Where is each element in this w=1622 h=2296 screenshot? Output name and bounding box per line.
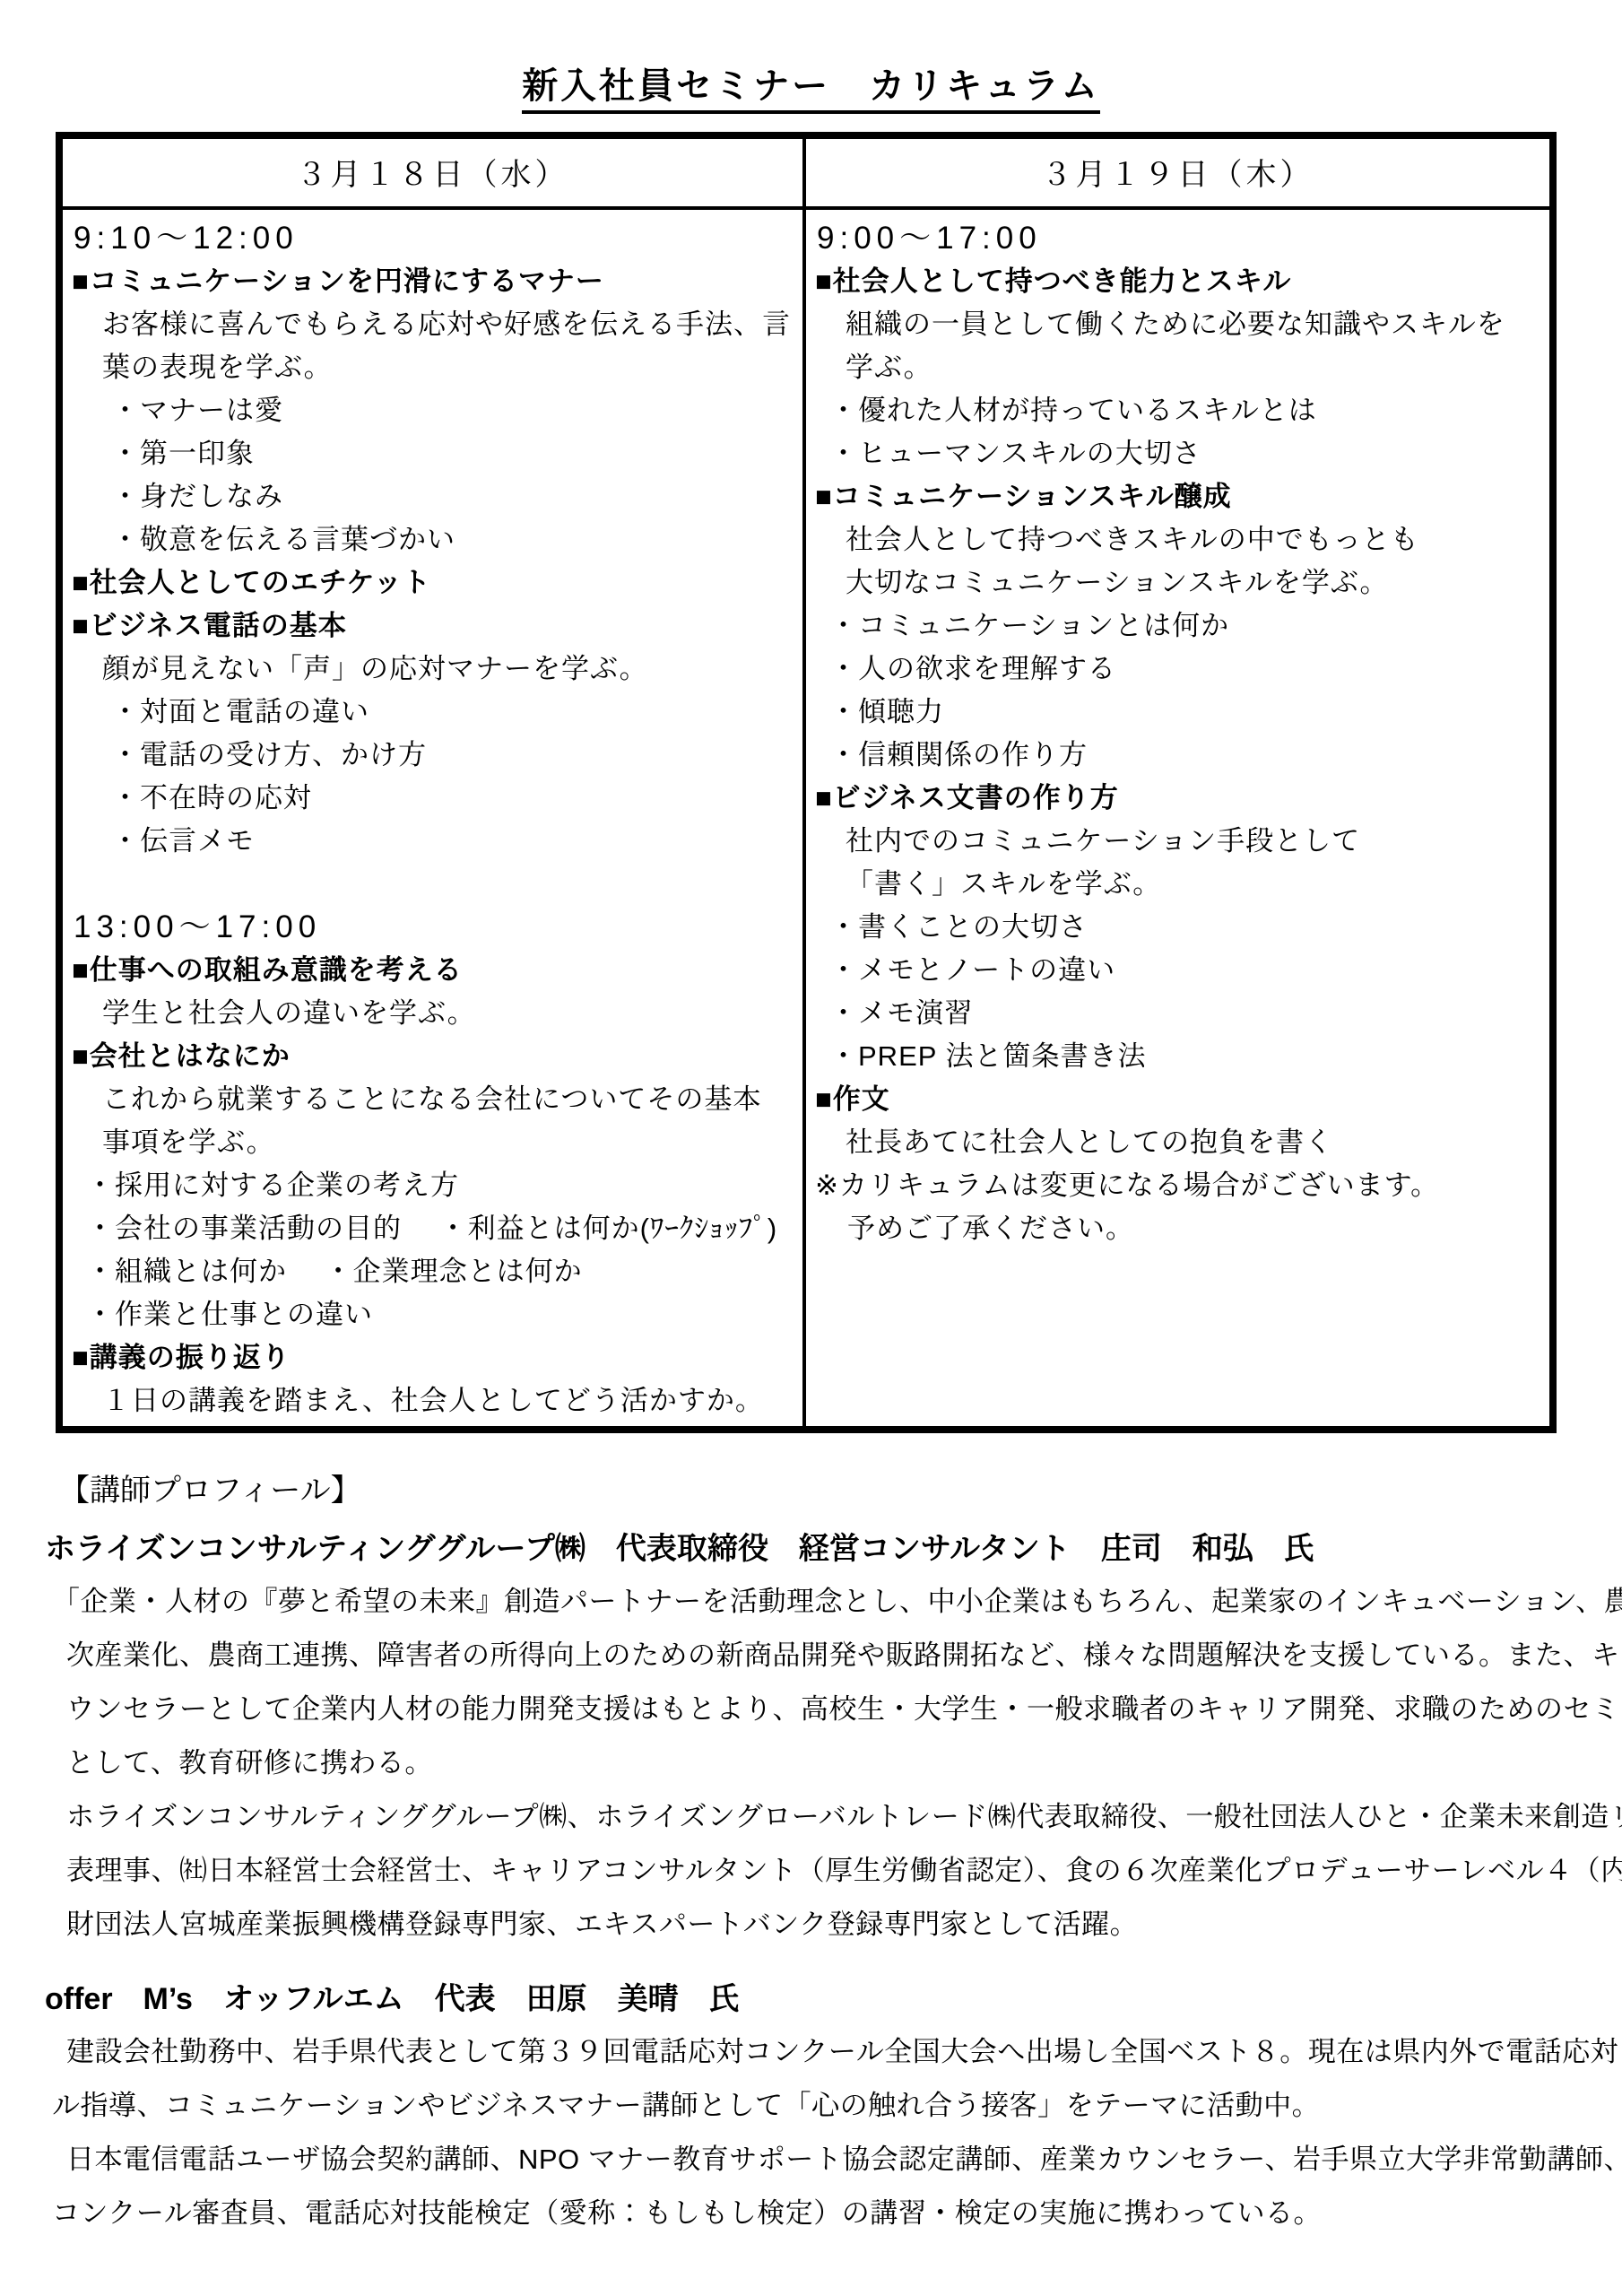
instructor-name: offer M’s オッフルエム 代表 田原 美晴 氏: [45, 1973, 1572, 2025]
curriculum-line: ・会社の事業活動の目的 ・利益とは何か(ﾜｰｸｼｮｯﾌﾟ): [72, 1207, 794, 1250]
curriculum-line: ・書くことの大切さ: [815, 906, 1540, 949]
profile-line: 次産業化、農商工連携、障害者の所得向上のための新商品開発や販路開拓など、様々な問…: [45, 1629, 1572, 1683]
page-title: 新入社員セミナー カリキュラム: [0, 0, 1622, 109]
document-page: 新入社員セミナー カリキュラム ３月１８日（水） 9:10～12:00■コミュニ…: [0, 0, 1622, 2296]
profile-line: 表理事、㈳日本経営士会経営士、キャリアコンサルタント（厚生労働省認定）、食の６次…: [45, 1844, 1572, 1898]
curriculum-line: 予めご了承ください。: [815, 1207, 1540, 1250]
profile-line: ホライズンコンサルティンググループ㈱、ホライズングローバルトレード㈱代表取締役、…: [45, 1790, 1572, 1844]
profile-line: コンクール審査員、電話応対技能検定（愛称：もしもし検定）の講習・検定の実施に携わ…: [45, 2187, 1572, 2240]
curriculum-line: 「書く」スキルを学ぶ。: [815, 863, 1540, 906]
curriculum-line: ※カリキュラムは変更になる場合がございます。: [815, 1164, 1540, 1207]
curriculum-line: 社会人として持つべきスキルの中でもっとも: [815, 518, 1540, 561]
column-body-day1: 9:10～12:00■コミュニケーションを円滑にするマナーお客様に喜んでもらえる…: [63, 210, 802, 1426]
curriculum-line: 組織の一員として働くために必要な知識やスキルを: [815, 303, 1540, 346]
profile-line: 「企業・人材の『夢と希望の未来』創造パートナーを活動理念とし、中小企業はもちろん…: [45, 1575, 1572, 1629]
curriculum-line: ・信頼関係の作り方: [815, 734, 1540, 777]
page-title-text: 新入社員セミナー カリキュラム: [522, 66, 1100, 114]
profile-section-title: 【講師プロフィール】: [45, 1467, 1572, 1514]
curriculum-line: ・マナーは愛: [72, 389, 794, 432]
profile-line: 日本電信電話ユーザ協会契約講師、NPO マナー教育サポート協会認定講師、産業カウ…: [45, 2133, 1572, 2187]
curriculum-line: ・電話の受け方、かけ方: [72, 734, 794, 777]
curriculum-line: ・作業と仕事との違い: [72, 1293, 794, 1336]
profile-line: として、教育研修に携わる。: [45, 1736, 1572, 1790]
curriculum-line: ■コミュニケーションを円滑にするマナー: [72, 260, 794, 303]
instructor-block-1: ホライズンコンサルティンググループ㈱ 代表取締役 経営コンサルタント 庄司 和弘…: [45, 1523, 1572, 1952]
curriculum-line: 事項を学ぶ。: [72, 1121, 794, 1164]
curriculum-line: ■会社とはなにか: [72, 1035, 794, 1078]
curriculum-line: 学ぶ。: [815, 346, 1540, 389]
instructor-bio: 建設会社勤務中、岩手県代表として第３９回電話応対コンクール全国大会へ出場し全国ベ…: [45, 2025, 1572, 2240]
curriculum-line: ■仕事への取組み意識を考える: [72, 949, 794, 992]
curriculum-line: これから就業することになる会社についてその基本: [72, 1078, 794, 1121]
curriculum-table: ３月１８日（水） 9:10～12:00■コミュニケーションを円滑にするマナーお客…: [56, 132, 1557, 1433]
curriculum-line: 9:00～17:00: [815, 217, 1540, 260]
curriculum-line: 社内でのコミュニケーション手段として: [815, 820, 1540, 863]
curriculum-line: ・不在時の応対: [72, 777, 794, 820]
instructor-name: ホライズンコンサルティンググループ㈱ 代表取締役 経営コンサルタント 庄司 和弘…: [45, 1523, 1572, 1575]
column-body-day2: 9:00～17:00■社会人として持つべき能力とスキル組織の一員として働くために…: [806, 210, 1549, 1426]
curriculum-line: ■社会人として持つべき能力とスキル: [815, 260, 1540, 303]
curriculum-line: ・ヒューマンスキルの大切さ: [815, 432, 1540, 475]
profile-line: ウンセラーとして企業内人材の能力開発支援はもとより、高校生・大学生・一般求職者の…: [45, 1683, 1572, 1736]
column-header-day1: ３月１８日（水）: [63, 139, 802, 210]
curriculum-line: 13:00～17:00: [72, 906, 794, 949]
curriculum-line: ■社会人としてのエチケット: [72, 561, 794, 604]
curriculum-line: ・傾聴力: [815, 691, 1540, 734]
curriculum-line: ・対面と電話の違い: [72, 691, 794, 734]
instructor-bio: 「企業・人材の『夢と希望の未来』創造パートナーを活動理念とし、中小企業はもちろん…: [45, 1575, 1572, 1952]
curriculum-line: ■ビジネス文書の作り方: [815, 777, 1540, 820]
profile-line: 建設会社勤務中、岩手県代表として第３９回電話応対コンクール全国大会へ出場し全国ベ…: [45, 2025, 1572, 2079]
curriculum-line: 顔が見えない「声」の応対マナーを学ぶ。: [72, 648, 794, 691]
curriculum-line: ・採用に対する企業の考え方: [72, 1164, 794, 1207]
curriculum-line: 大切なコミュニケーションスキルを学ぶ。: [815, 561, 1540, 604]
curriculum-line: ■コミュニケーションスキル醸成: [815, 475, 1540, 518]
curriculum-line: ■講義の振り返り: [72, 1336, 794, 1379]
curriculum-line: 学生と社会人の違いを学ぶ。: [72, 992, 794, 1035]
curriculum-line: 社長あてに社会人としての抱負を書く: [815, 1121, 1540, 1164]
curriculum-line: ・伝言メモ: [72, 820, 794, 863]
curriculum-line: ・人の欲求を理解する: [815, 648, 1540, 691]
curriculum-line: ・組織とは何か ・企業理念とは何か: [72, 1250, 794, 1293]
curriculum-line: お客様に喜んでもらえる応対や好感を伝える手法、言: [72, 303, 794, 346]
curriculum-line: ・PREP 法と箇条書き法: [815, 1035, 1540, 1078]
curriculum-line: ・優れた人材が持っているスキルとは: [815, 389, 1540, 432]
curriculum-line: ・メモとノートの違い: [815, 949, 1540, 992]
column-header-day2: ３月１９日（木）: [806, 139, 1549, 210]
curriculum-line: １日の講義を踏まえ、社会人としてどう活かすか。: [72, 1379, 794, 1422]
curriculum-line: ・身だしなみ: [72, 475, 794, 518]
curriculum-line: ・第一印象: [72, 432, 794, 475]
curriculum-line: ・メモ演習: [815, 992, 1540, 1035]
curriculum-line: ■作文: [815, 1078, 1540, 1121]
curriculum-line: 9:10～12:00: [72, 217, 794, 260]
column-day1: ３月１８日（水） 9:10～12:00■コミュニケーションを円滑にするマナーお客…: [63, 139, 806, 1426]
curriculum-line: ・敬意を伝える言葉づかい: [72, 518, 794, 561]
curriculum-line: 葉の表現を学ぶ。: [72, 346, 794, 389]
curriculum-line: [72, 863, 794, 906]
curriculum-line: ■ビジネス電話の基本: [72, 604, 794, 648]
curriculum-line: ・コミュニケーションとは何か: [815, 604, 1540, 648]
instructor-profile-section: 【講師プロフィール】 ホライズンコンサルティンググループ㈱ 代表取締役 経営コン…: [45, 1467, 1572, 2240]
profile-line: ル指導、コミュニケーションやビジネスマナー講師として「心の触れ合う接客」をテーマ…: [45, 2079, 1572, 2133]
column-day2: ３月１９日（木） 9:00～17:00■社会人として持つべき能力とスキル組織の一…: [806, 139, 1549, 1426]
profile-line: 財団法人宮城産業振興機構登録専門家、エキスパートバンク登録専門家として活躍。: [45, 1898, 1572, 1952]
instructor-block-2: offer M’s オッフルエム 代表 田原 美晴 氏 建設会社勤務中、岩手県代…: [45, 1973, 1572, 2240]
